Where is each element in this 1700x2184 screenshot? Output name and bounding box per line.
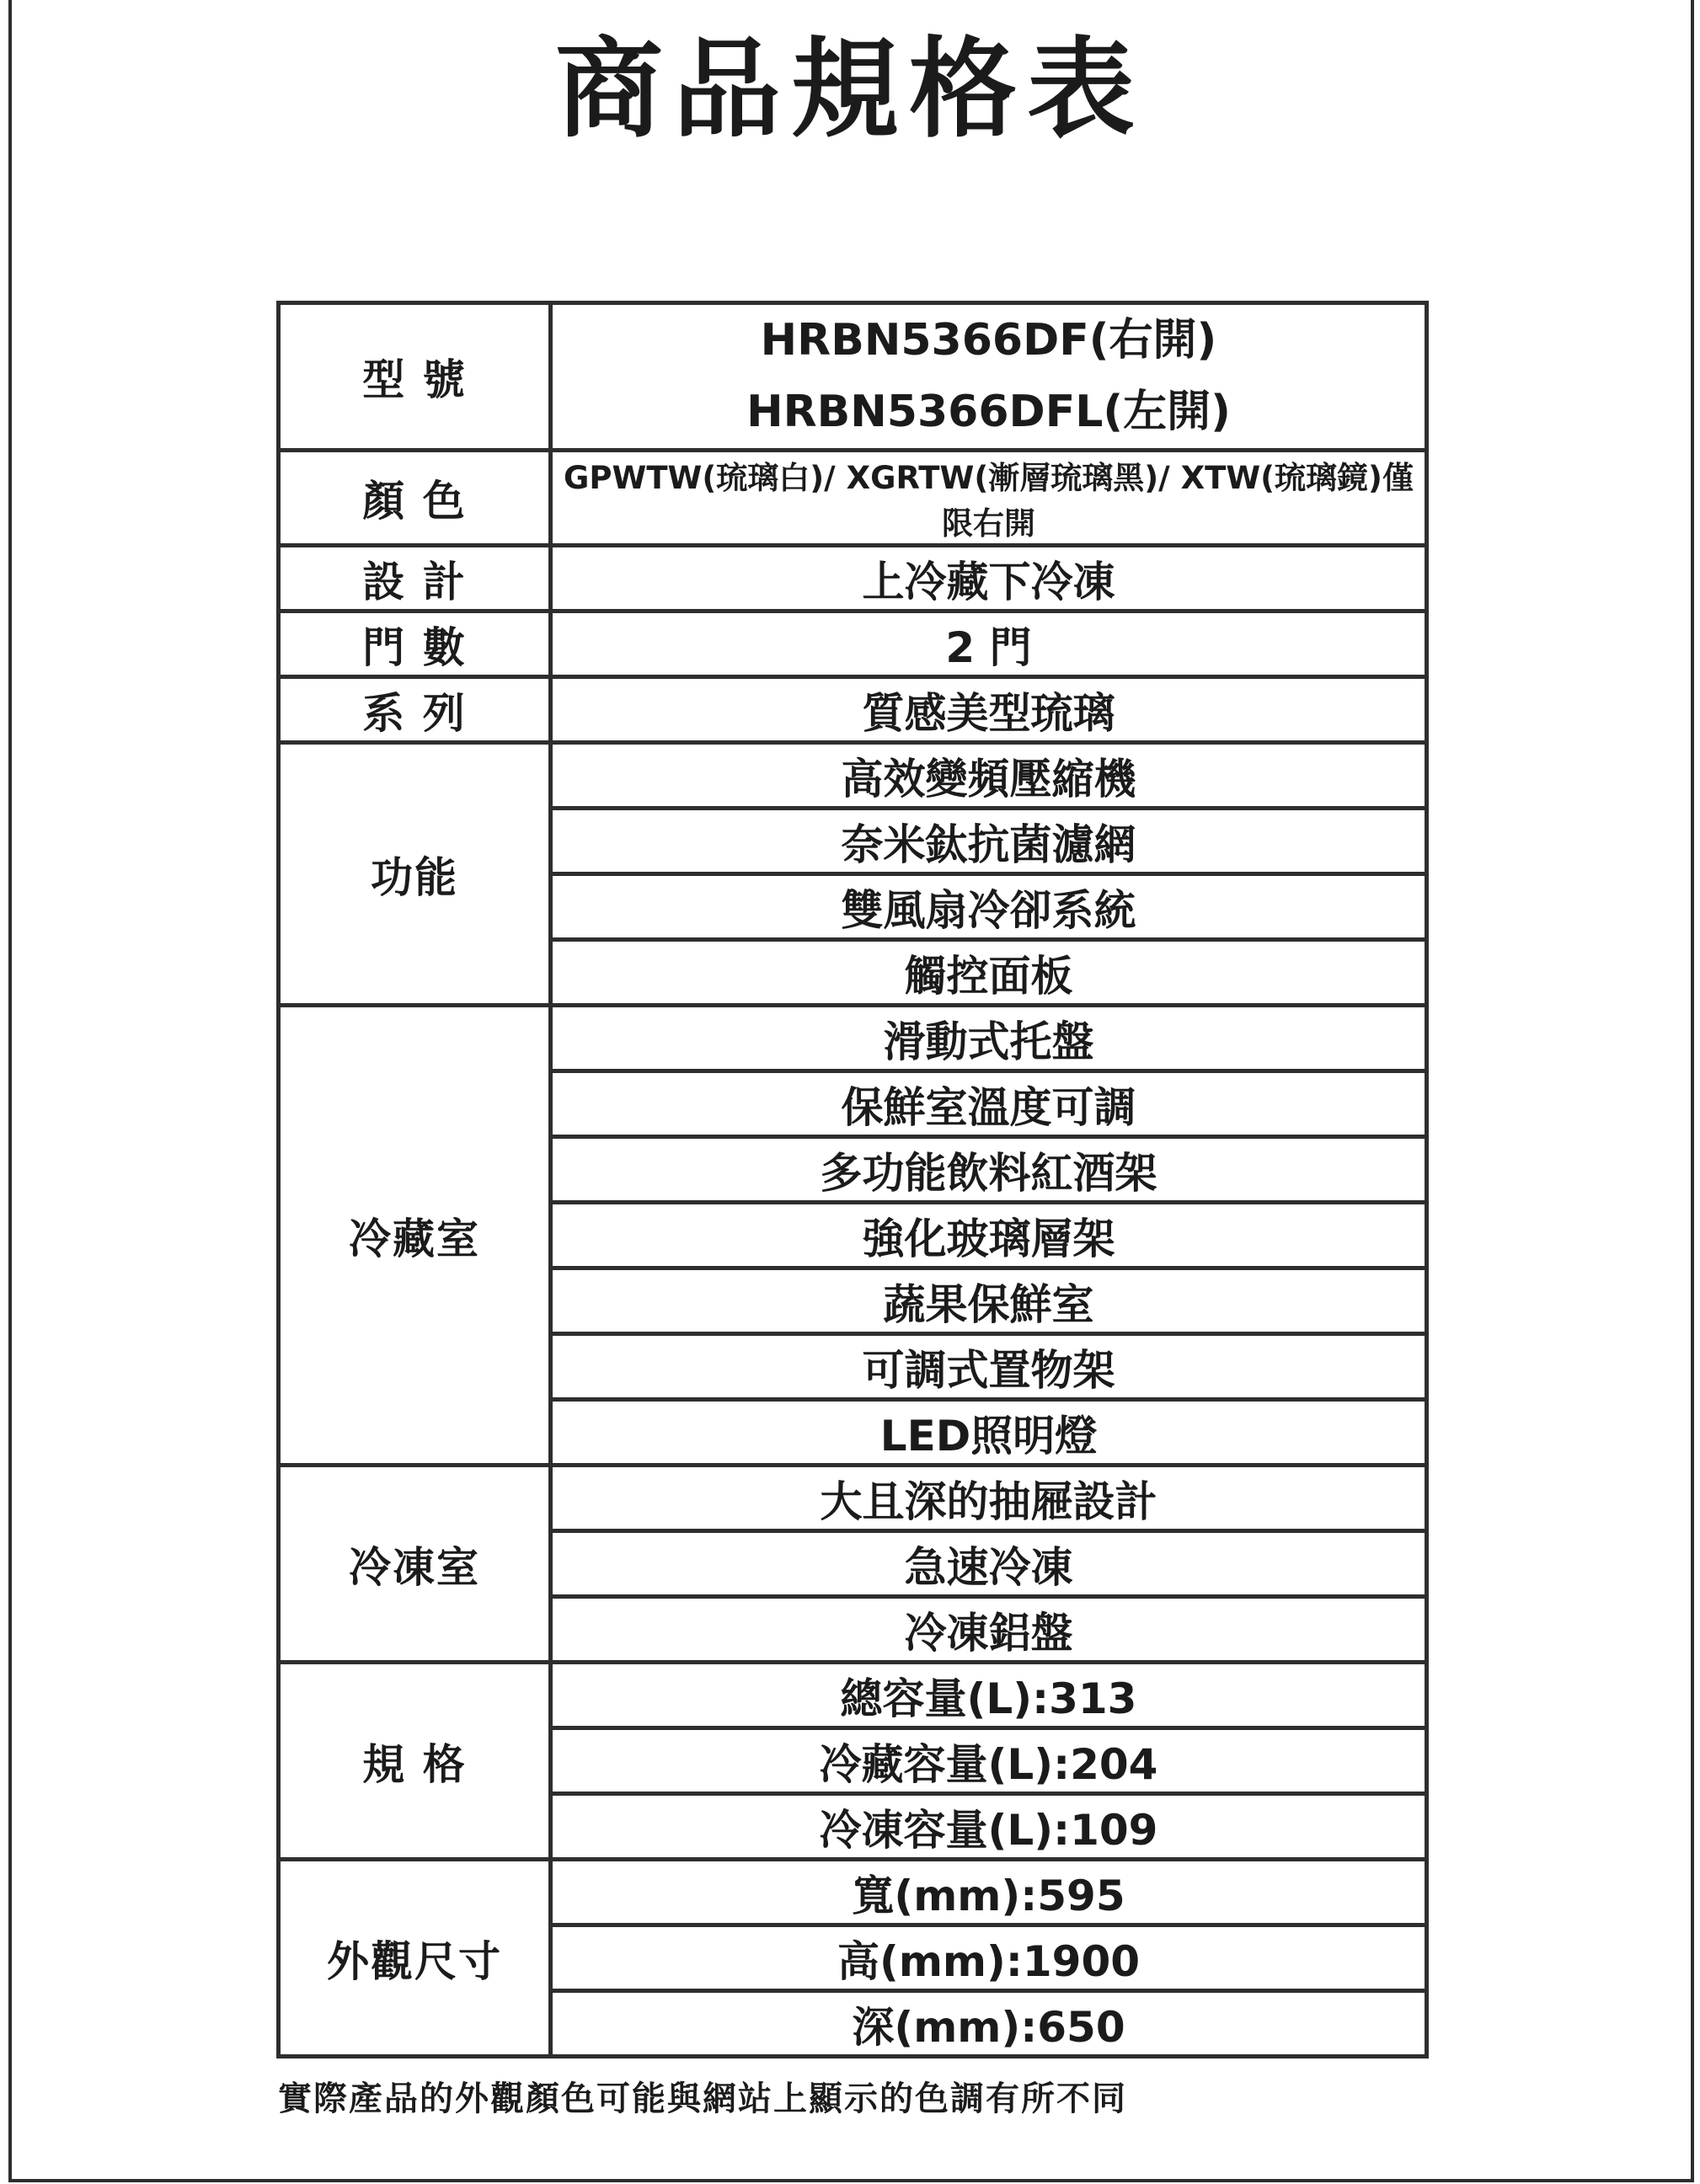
spec-row: 設 計上冷藏下冷凍 — [279, 546, 1427, 611]
spec-value: 上冷藏下冷凍 — [551, 546, 1427, 611]
spec-value: 寬(mm):595 — [551, 1860, 1427, 1925]
product-spec-sheet: 商品規格表 型 號HRBN5366DF(右開)HRBN5366DFL(左開)顏 … — [0, 0, 1700, 2184]
spec-value: 觸控面板 — [551, 940, 1427, 1006]
spec-value: 高(mm):1900 — [551, 1925, 1427, 1991]
spec-value: 總容量(L):313 — [551, 1663, 1427, 1728]
row-label: 冷凍室 — [279, 1466, 551, 1663]
model-number-line: HRBN5366DFL(左開) — [553, 376, 1425, 448]
row-label: 顏 色 — [279, 451, 551, 546]
spec-value: 蔬果保鮮室 — [551, 1268, 1427, 1334]
spec-value: 雙風扇冷卻系統 — [551, 874, 1427, 940]
spec-value: 保鮮室溫度可調 — [551, 1071, 1427, 1137]
spec-value: 冷藏容量(L):204 — [551, 1728, 1427, 1794]
spec-value: 多功能飲料紅酒架 — [551, 1137, 1427, 1203]
spec-value: 急速冷凍 — [551, 1531, 1427, 1597]
spec-row: 系 列質感美型琉璃 — [279, 677, 1427, 743]
row-label: 門 數 — [279, 611, 551, 677]
spec-value: 滑動式托盤 — [551, 1006, 1427, 1071]
color-disclaimer-note: 實際產品的外觀顏色可能與網站上顯示的色調有所不同 — [278, 2072, 1700, 2120]
spec-value: 冷凍容量(L):109 — [551, 1794, 1427, 1860]
spec-value: 高效變頻壓縮機 — [551, 743, 1427, 809]
row-label: 外觀尺寸 — [279, 1860, 551, 2057]
spec-value: 2 門 — [551, 611, 1427, 677]
spec-row: 冷凍室大且深的抽屜設計 — [279, 1466, 1427, 1531]
spec-value: 質感美型琉璃 — [551, 677, 1427, 743]
row-label: 規 格 — [279, 1663, 551, 1860]
spec-row: 型 號HRBN5366DF(右開)HRBN5366DFL(左開) — [279, 303, 1427, 451]
spec-table-body: 型 號HRBN5366DF(右開)HRBN5366DFL(左開)顏 色GPWTW… — [279, 303, 1427, 2057]
spec-value: LED照明燈 — [551, 1400, 1427, 1466]
spec-row: 門 數2 門 — [279, 611, 1427, 677]
spec-value: 大且深的抽屜設計 — [551, 1466, 1427, 1531]
spec-row: 功能高效變頻壓縮機 — [279, 743, 1427, 809]
spec-row: 顏 色GPWTW(琉璃白)/ XGRTW(漸層琉璃黑)/ XTW(琉璃鏡)僅限右… — [279, 451, 1427, 546]
spec-value: 深(mm):650 — [551, 1991, 1427, 2057]
spec-table: 型 號HRBN5366DF(右開)HRBN5366DFL(左開)顏 色GPWTW… — [276, 301, 1429, 2059]
model-number-line: HRBN5366DF(右開) — [553, 305, 1425, 376]
spec-row: 外觀尺寸寬(mm):595 — [279, 1860, 1427, 1925]
spec-value: HRBN5366DF(右開)HRBN5366DFL(左開) — [551, 303, 1427, 451]
row-label: 設 計 — [279, 546, 551, 611]
row-label: 型 號 — [279, 303, 551, 451]
row-label: 冷藏室 — [279, 1006, 551, 1466]
spec-row: 規 格總容量(L):313 — [279, 1663, 1427, 1728]
spec-value: 冷凍鋁盤 — [551, 1597, 1427, 1663]
spec-value: 可調式置物架 — [551, 1334, 1427, 1400]
spec-value: 奈米鈦抗菌濾網 — [551, 809, 1427, 874]
row-label: 系 列 — [279, 677, 551, 743]
spec-value: GPWTW(琉璃白)/ XGRTW(漸層琉璃黑)/ XTW(琉璃鏡)僅限右開 — [551, 451, 1427, 546]
spec-value: 強化玻璃層架 — [551, 1203, 1427, 1268]
row-label: 功能 — [279, 743, 551, 1006]
spec-row: 冷藏室滑動式托盤 — [279, 1006, 1427, 1071]
page-title: 商品規格表 — [0, 0, 1700, 156]
